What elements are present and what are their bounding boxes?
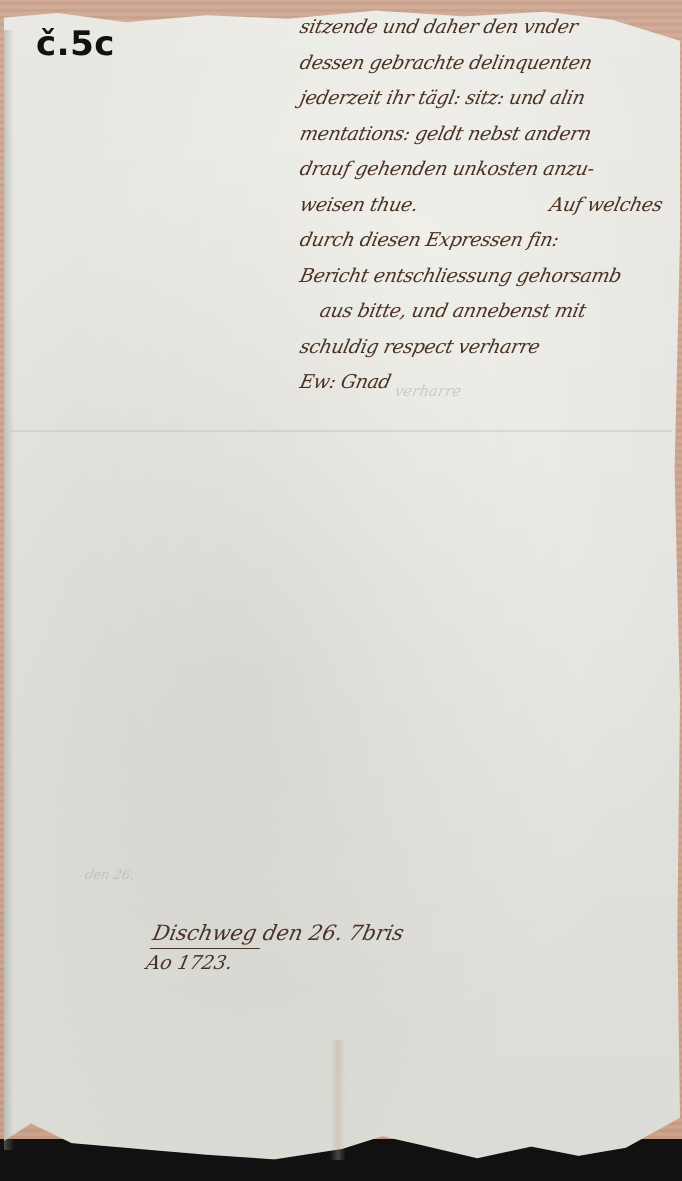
dateline-year: Ao 1723. [144,949,260,977]
bottom-crease [330,1040,346,1160]
text-line-left: weisen thue. [296,188,421,224]
text-line-split: weisen thue. Auf welches [296,188,676,224]
text-line: Bericht entschliessung gehorsamb [296,259,676,295]
handwritten-text-block: sitzende und daher den vnder dessen gebr… [300,10,672,401]
text-line: aus bitte, und annebenst mit [296,294,676,330]
dateline-place-date: Dischweg den 26. 7bris [150,918,267,949]
text-line: dessen gebrachte delinquenten [296,46,676,82]
bleed-through-text: verharre [393,382,463,400]
text-line: sitzende und daher den vnder [296,10,676,46]
signature-salutation: Ew: Gnad [296,365,676,401]
text-line: durch diesen Expressen fin: [296,223,676,259]
text-line-right: Auf welches [546,188,666,224]
bleed-through-text: den 26. [83,868,135,883]
horizontal-fold-line [10,430,672,432]
dateline: Dischweg den 26. 7bris Ao 1723. [144,918,267,977]
text-line: jederzeit ihr tägl: sitz: und alin [296,81,676,117]
text-line: mentations: geldt nebst andern [296,117,676,153]
archive-label: č.5c [36,24,115,64]
page-left-edge-shadow [4,30,14,1150]
text-line: drauf gehenden unkosten anzu- [296,152,676,188]
text-line: schuldig respect verharre [296,330,676,366]
